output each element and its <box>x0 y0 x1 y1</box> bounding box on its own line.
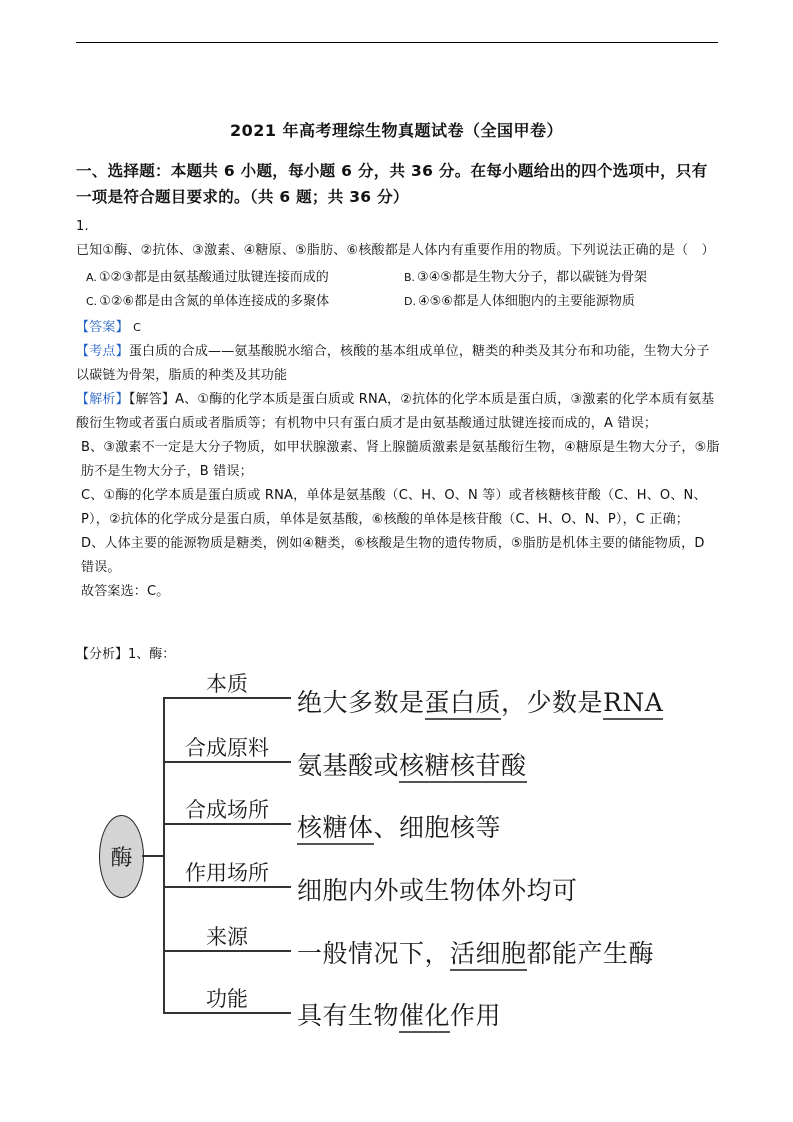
branch-text-laiyuan: 一般情况下，活细胞都能产生酶 <box>297 934 654 970</box>
section-heading: 一、选择题：本题共 6 小题，每小题 6 分，共 36 分。在每小题给出的四个选… <box>76 158 721 210</box>
kaodian-label: 【考点】 <box>76 344 129 359</box>
page-title: 2021 年高考理综生物真题试卷（全国甲卷） <box>0 118 793 141</box>
branch-text-benzhi: 绝大多数是蛋白质，少数是RNA <box>297 683 663 719</box>
jiexi-label: 【解析】 <box>76 392 129 407</box>
jiexi-d: D、人体主要的能源物质是糖类，例如④糖类，⑥核酸是生物的遗传物质，⑤脂肪是机体主… <box>76 532 722 580</box>
answer-label: 【答案】 <box>76 320 129 335</box>
jiexi-b: B、③激素不一定是大分子物质，如甲状腺激素、肾上腺髓质激素是氨基酸衍生物，④糖原… <box>76 436 722 484</box>
answer-value: C <box>133 321 141 334</box>
question-stem: 1.已知①酶、②抗体、③激素、④糖原、⑤脂肪、⑥核酸都是人体内有重要作用的物质。… <box>76 215 722 263</box>
question-text: 已知①酶、②抗体、③激素、④糖原、⑤脂肪、⑥核酸都是人体内有重要作用的物质。下列… <box>76 243 715 258</box>
answer-line: 【答案】 C <box>76 316 722 340</box>
branch-text-hechengchangsuo: 核糖体、细胞核等 <box>297 808 501 844</box>
branch-text-hechengyuanliao: 氨基酸或核糖核苷酸 <box>297 746 527 782</box>
option-d[interactable]: D.④⑤⑥都是人体细胞内的主要能源物质 <box>404 290 722 314</box>
branch-text-gongneng: 具有生物催化作用 <box>297 996 501 1032</box>
question-number: 1. <box>76 219 89 234</box>
final-answer: 故答案选：C。 <box>76 580 722 604</box>
jiexi-c: C、①酶的化学本质是蛋白质或 RNA，单体是氨基酸（C、H、O、N 等）或者核糖… <box>76 484 722 532</box>
option-b[interactable]: B.③④⑤都是生物大分子，都以碳链为骨架 <box>404 266 722 290</box>
fenxi-text: 1、酶： <box>128 647 175 662</box>
option-a[interactable]: A.①②③都是由氨基酸通过肽键连接而成的 <box>86 266 404 290</box>
jieda-label: 【解答】 <box>129 392 175 407</box>
branch-label-benzhi: 本质 <box>163 668 291 698</box>
options-list: A.①②③都是由氨基酸通过肽键连接而成的 B.③④⑤都是生物大分子，都以碳链为骨… <box>86 266 726 314</box>
fenxi-label: 【分析】 <box>76 647 128 662</box>
option-c[interactable]: C.①②⑥都是由含氮的单体连接成的多聚体 <box>86 290 404 314</box>
branch-label-hechengchangsuo: 合成场所 <box>163 794 291 824</box>
branch-label-gongneng: 功能 <box>163 983 291 1013</box>
jiexi-a: 【解析】【解答】A、①酶的化学本质是蛋白质或 RNA，②抗体的化学本质是蛋白质，… <box>76 388 722 436</box>
analysis-heading: 【分析】1、酶： <box>76 643 175 667</box>
branch-label-zuoyongchangsuo: 作用场所 <box>163 857 291 887</box>
branch-label-hechengyuanliao: 合成原料 <box>163 732 291 762</box>
center-node-ellipse: 酶 <box>99 815 144 898</box>
explanation-block: 【考点】蛋白质的合成——氨基酸脱水缩合，核酸的基本组成单位，糖类的种类及其分布和… <box>76 340 722 604</box>
kaodian: 【考点】蛋白质的合成——氨基酸脱水缩合，核酸的基本组成单位，糖类的种类及其分布和… <box>76 340 722 388</box>
header-rule <box>76 42 718 43</box>
kaodian-text: 蛋白质的合成——氨基酸脱水缩合，核酸的基本组成单位，糖类的种类及其分布和功能，生… <box>76 344 710 383</box>
connector-stub <box>142 855 164 857</box>
branch-text-zuoyongchangsuo: 细胞内外或生物体外均可 <box>297 871 578 907</box>
branch-label-laiyuan: 来源 <box>163 921 291 951</box>
